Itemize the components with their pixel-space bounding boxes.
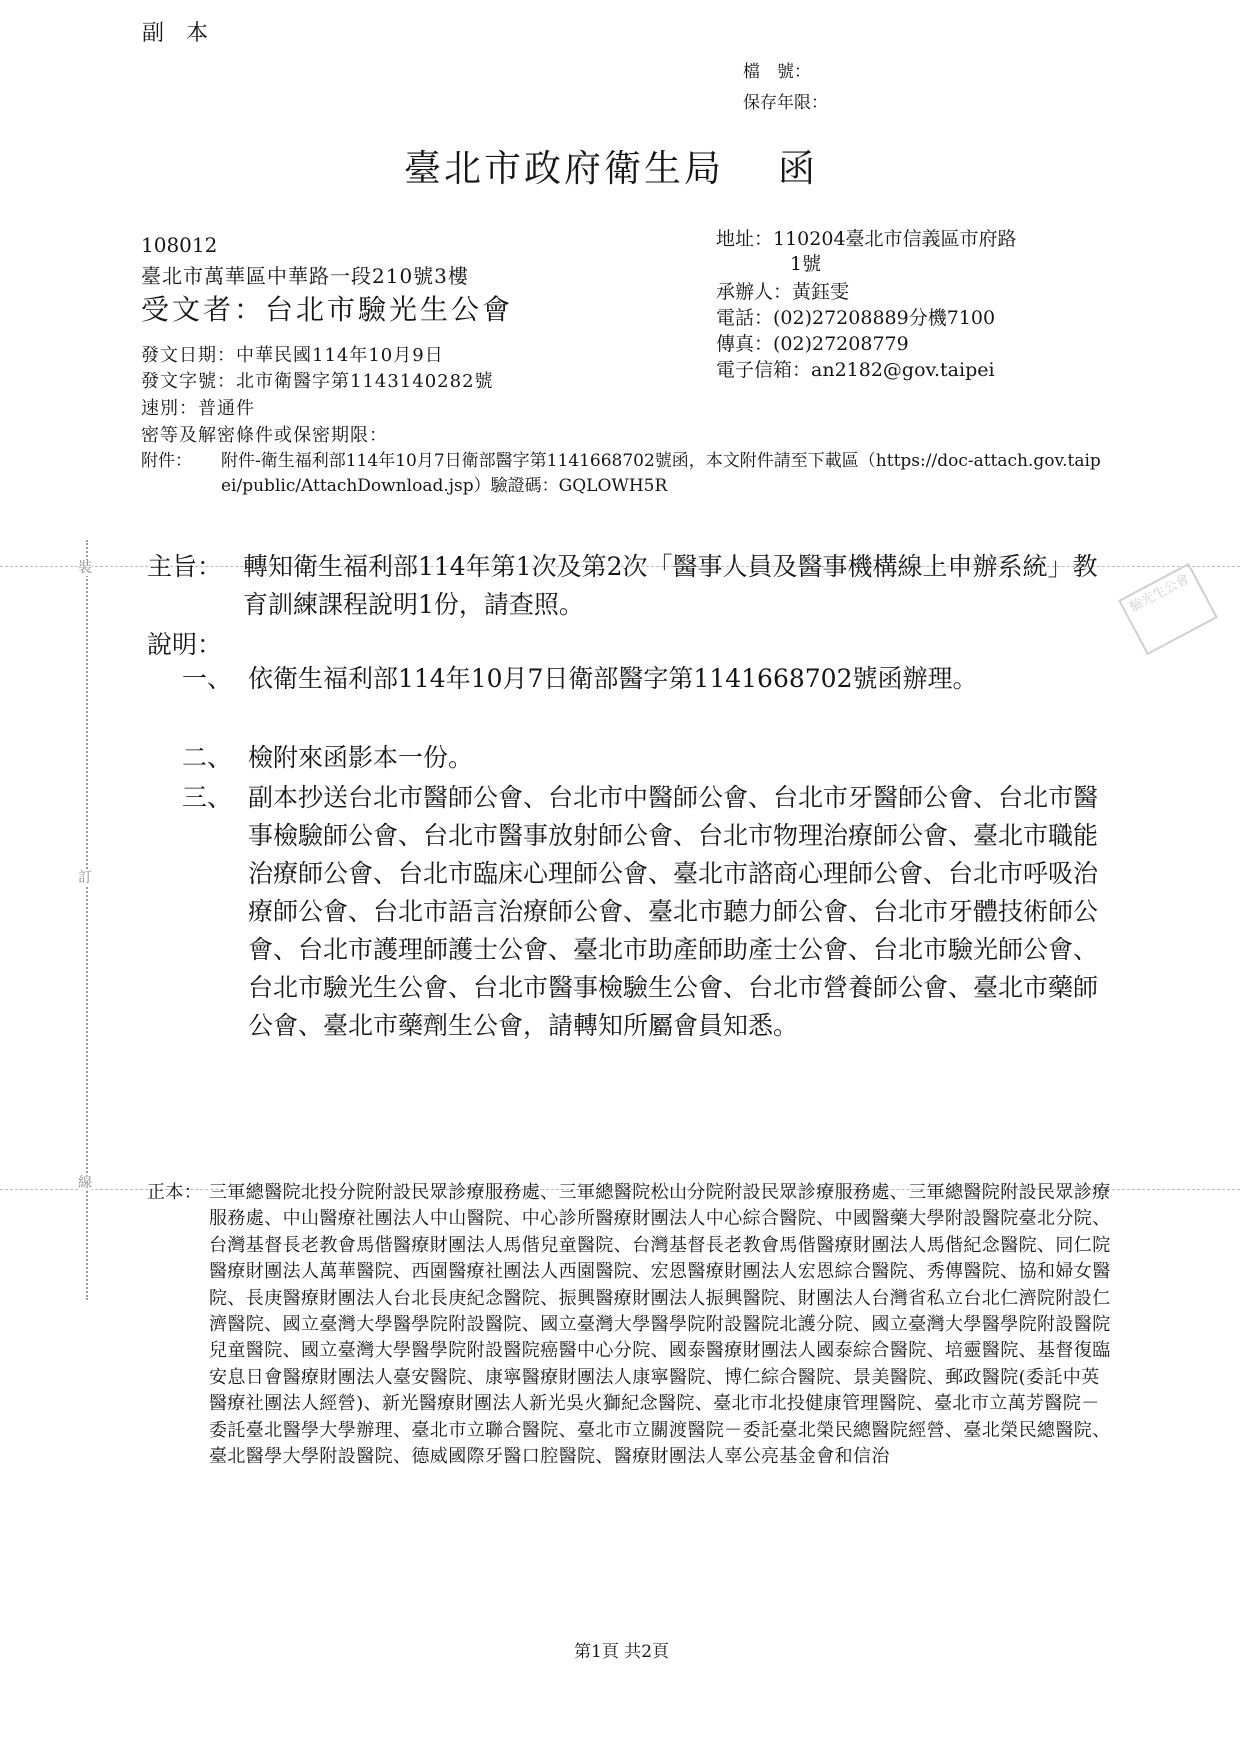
- binding-mark: 線: [78, 1175, 92, 1191]
- recipient-address: 臺北市萬華區中華路一段210號3樓: [141, 260, 469, 289]
- item-number: 二、: [182, 739, 232, 777]
- original-recipients-text: 三軍總醫院北投分院附設民眾診療服務處、三軍總醫院松山分院附設民眾診療服務處、三軍…: [209, 1180, 1112, 1470]
- fax: 傳真：(02)27208779: [716, 329, 909, 356]
- explanation-item: 二、 檢附來函影本一份。: [182, 739, 1102, 777]
- document-number: 發文字號：北市衛醫字第1143140282號: [141, 367, 494, 393]
- item-text: 檢附來函影本一份。: [248, 739, 1102, 777]
- item-number: 三、: [182, 779, 232, 817]
- document-type: 函: [778, 147, 818, 190]
- confidentiality: 密等及解密條件或保密期限：: [141, 421, 388, 447]
- sender-address: 地址：110204臺北市信義區市府路: [716, 224, 1017, 251]
- explanation-item: 一、 依衛生福利部114年10月7日衛部醫字第1141668702號函辦理。: [182, 660, 1102, 698]
- email: 電子信箱：an2182@gov.taipei: [716, 355, 995, 382]
- item-text: 依衛生福利部114年10月7日衛部醫字第1141668702號函辦理。: [248, 660, 1102, 698]
- archive-number-label: 檔 號：: [743, 57, 811, 82]
- subject-text: 轉知衛生福利部114年第1次及第2次「醫事人員及醫事機構線上申辦系統」教育訓練課…: [243, 548, 1117, 624]
- subject: 主旨： 轉知衛生福利部114年第1次及第2次「醫事人員及醫事機構線上申辦系統」教…: [147, 548, 1117, 624]
- document-title: 臺北市政府衛生局函: [404, 138, 818, 192]
- page-number: 第1頁 共2頁: [574, 1637, 669, 1662]
- sender-address-cont: 1號: [790, 249, 821, 276]
- issue-date: 發文日期：中華民國114年10月9日: [141, 341, 444, 367]
- attachment: 附件： 附件-衛生福利部114年10月7日衛部醫字第1141668702號函，本…: [141, 449, 1101, 499]
- copy-label: 副本: [142, 16, 230, 47]
- recipient-name: 受文者：台北市驗光生公會: [141, 288, 513, 328]
- phone: 電話：(02)27208889分機7100: [716, 303, 995, 330]
- subject-label: 主旨：: [147, 548, 222, 586]
- explanation-label: 說明：: [147, 625, 222, 661]
- original-recipients: 正本： 三軍總醫院北投分院附設民眾診療服務處、三軍總醫院松山分院附設民眾診療服務…: [147, 1180, 1112, 1470]
- explanation-item: 三、 副本抄送台北市醫師公會、台北市中醫師公會、台北市牙醫師公會、台北市醫事檢驗…: [182, 779, 1102, 1045]
- original-recipients-label: 正本：: [147, 1180, 202, 1206]
- received-stamp: 驗光生公會: [1118, 563, 1218, 655]
- binding-mark: 訂: [78, 870, 92, 886]
- speed-class: 速別：普通件: [141, 394, 255, 420]
- attachment-text: 附件-衛生福利部114年10月7日衛部醫字第1141668702號函，本文附件請…: [221, 449, 1101, 499]
- handler: 承辦人：黃鈺雯: [716, 277, 849, 304]
- issuer-name: 臺北市政府衛生局: [404, 147, 724, 190]
- attachment-label: 附件：: [141, 449, 192, 474]
- item-text: 副本抄送台北市醫師公會、台北市中醫師公會、台北市牙醫師公會、台北市醫事檢驗師公會…: [248, 779, 1102, 1045]
- retention-label: 保存年限：: [743, 88, 828, 113]
- item-number: 一、: [182, 660, 232, 698]
- binding-mark: 裝: [78, 560, 92, 576]
- recipient-zip: 108012: [141, 233, 217, 257]
